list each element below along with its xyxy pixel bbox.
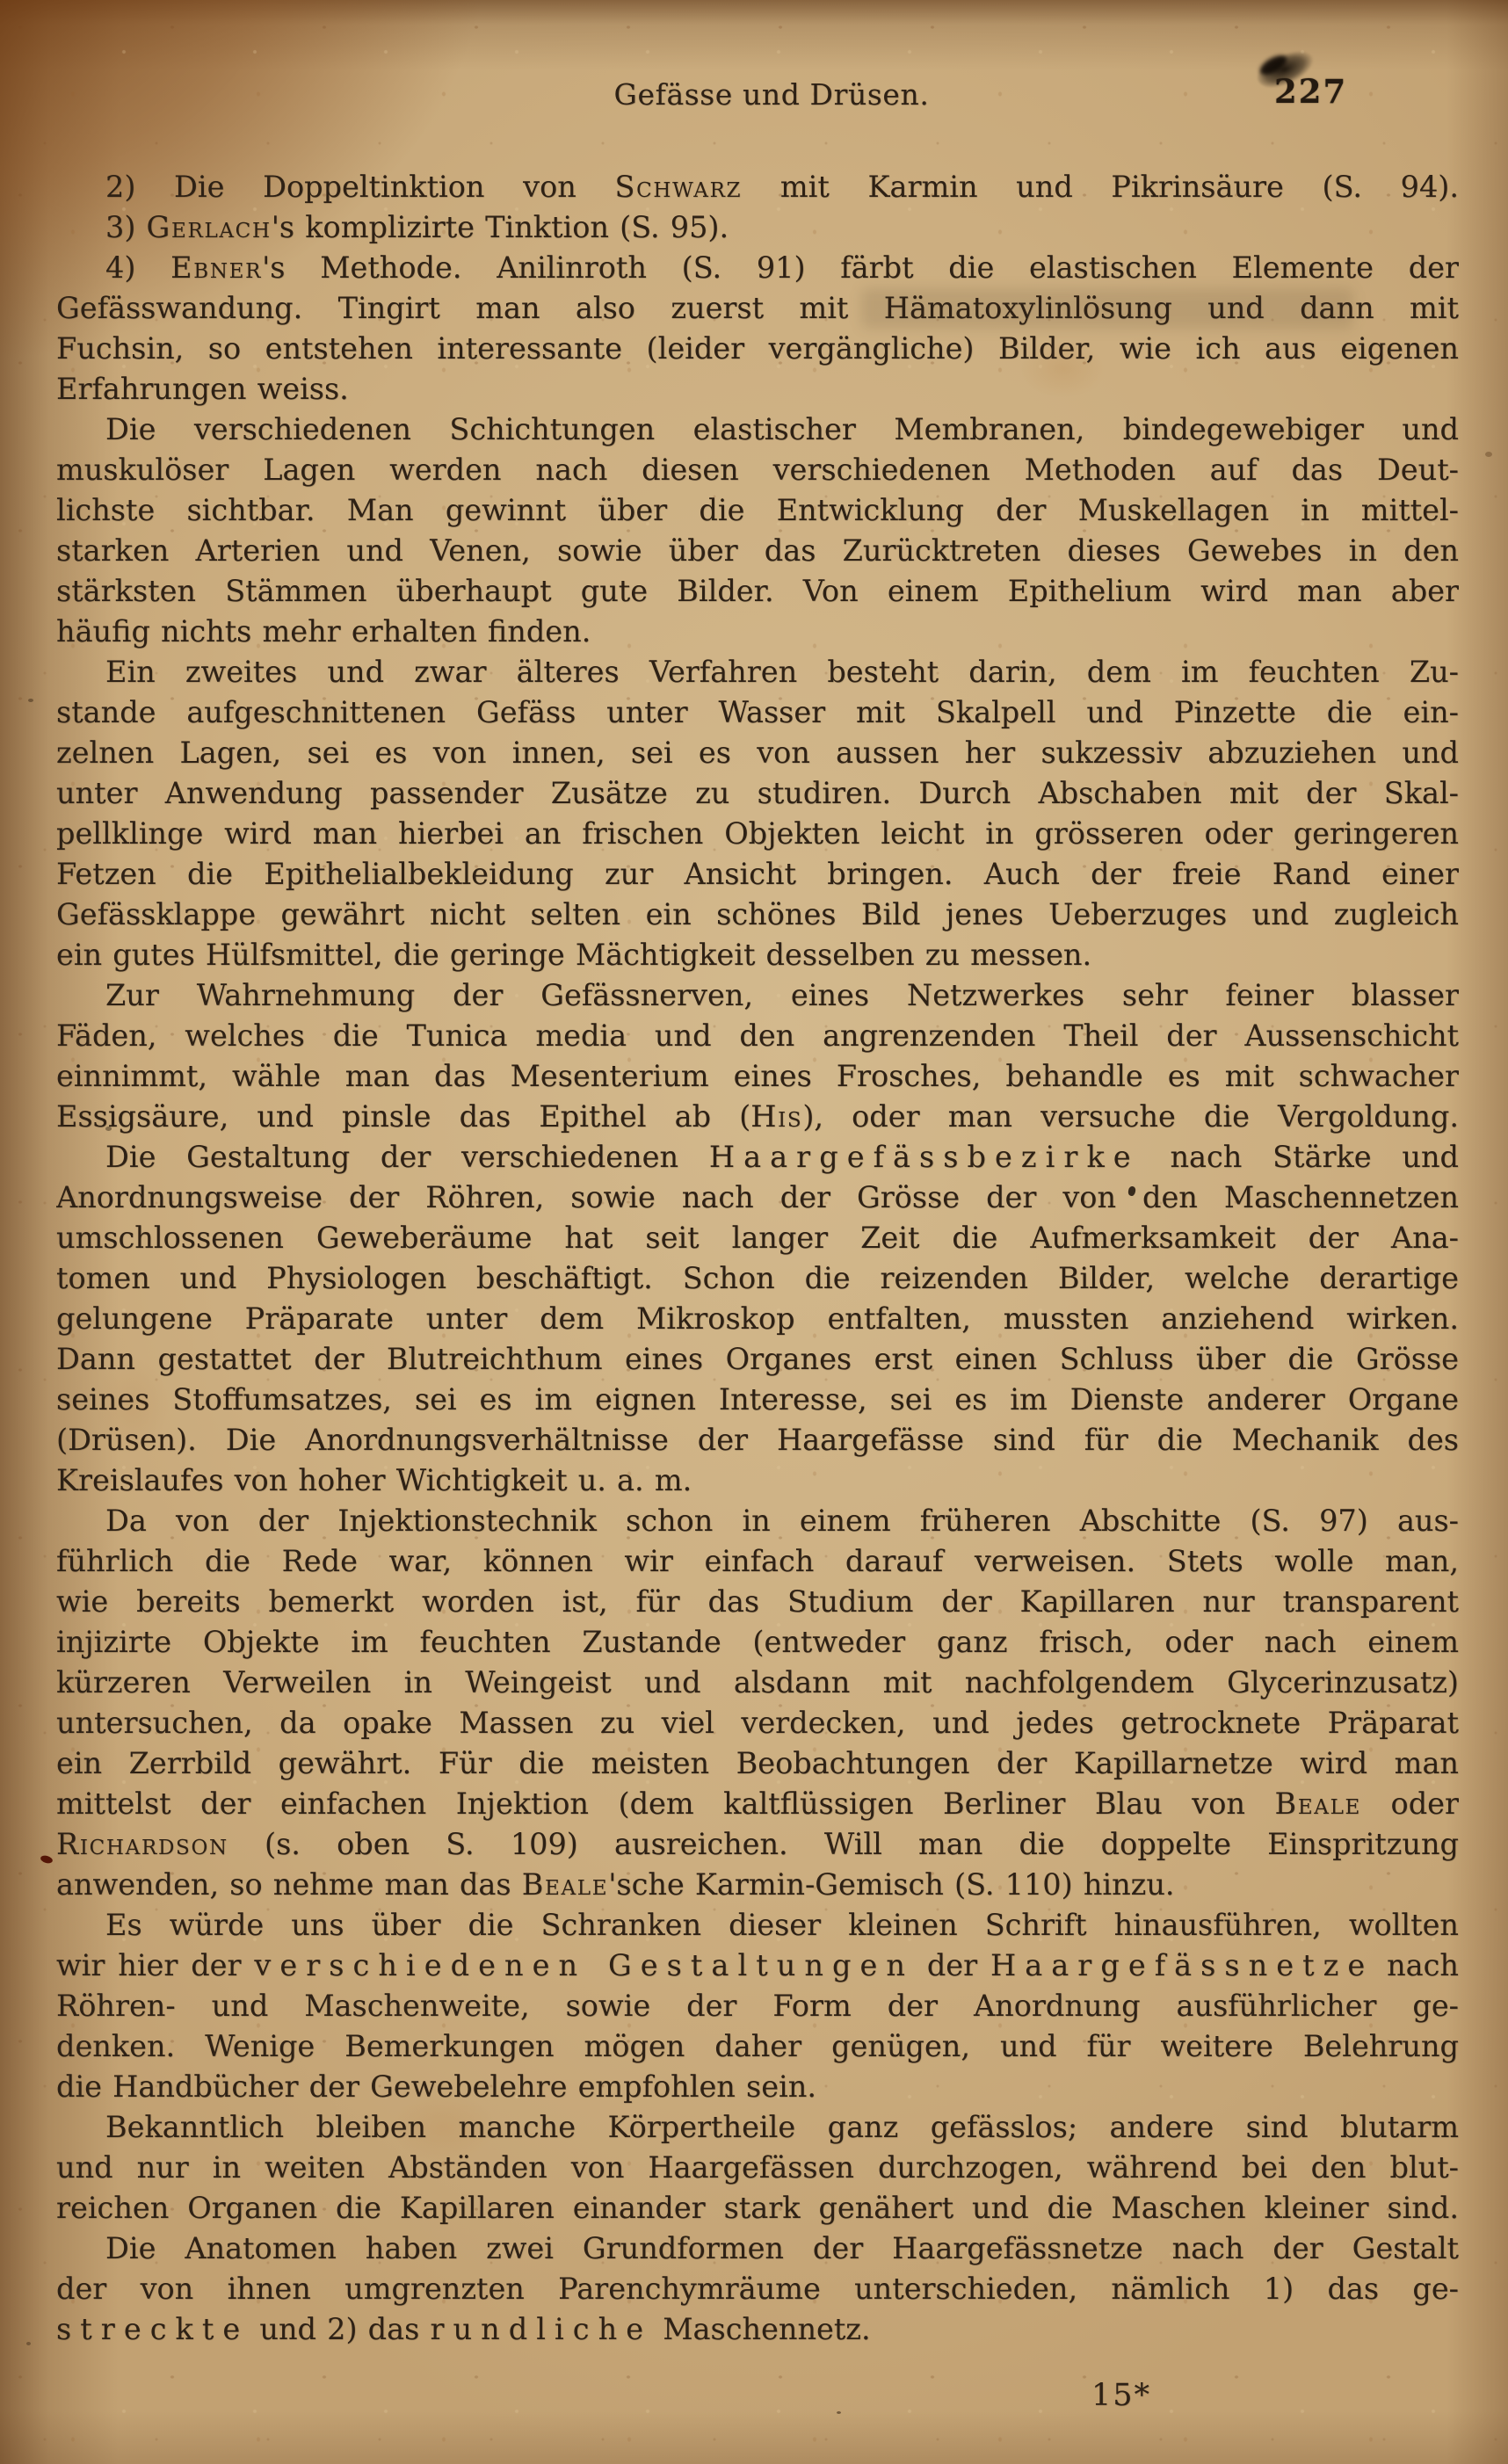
text-segment: (Drüsen). Die Anordnungsverhältnisse der… — [56, 1423, 1459, 1457]
text-segment: 2) Die Doppeltinktion von — [105, 170, 614, 204]
text-line: unter Anwendung passender Zusätze zu stu… — [56, 773, 1459, 814]
text-line: häufig nichts mehr erhalten finden. — [56, 612, 1459, 652]
text-segment: stärksten Stämmen überhaupt gute Bilder.… — [56, 574, 1459, 608]
text-line: und nur in weiten Abständen von Haargefä… — [56, 2148, 1459, 2188]
text-line: Bekanntlich bleiben manche Körpertheile … — [56, 2107, 1459, 2148]
text-segment: Fetzen die Epithelialbekleidung zur Ansi… — [56, 857, 1459, 891]
text-segment: Maschennetz. — [652, 2312, 871, 2346]
text-segment: ein Zerrbild gewährt. Für die meisten Be… — [56, 1746, 1459, 1780]
text-segment: 's komplizirte Tinktion (S. 95). — [272, 210, 729, 244]
page-number: 227 — [1274, 72, 1347, 111]
text-segment: oder — [1361, 1786, 1459, 1821]
text-segment: Gerlach — [147, 210, 272, 244]
text-segment: tomen und Physiologen beschäftigt. Schon… — [56, 1261, 1459, 1295]
text-segment: Es würde uns über die Schranken dieser k… — [105, 1908, 1459, 1942]
text-line: anwenden, so nehme man das Beale'sche Ka… — [56, 1865, 1459, 1905]
text-segment: nach — [1374, 1948, 1459, 1982]
text-segment: Dann gestattet der Blutreichthum eines O… — [56, 1342, 1459, 1376]
text-line: wir hier der verschiedenen Gestaltungen … — [56, 1946, 1459, 1986]
text-line: Essigsäure, und pinsle das Epithel ab (H… — [56, 1097, 1459, 1137]
text-line: die Handbücher der Gewebelehre empfohlen… — [56, 2067, 1459, 2107]
text-segment: Gefässwandung. Tingirt man also zuerst m… — [56, 291, 1459, 325]
text-line: 2) Die Doppeltinktion von Schwarz mit Ka… — [56, 167, 1459, 207]
text-segment: Kreislaufes von hoher Wichtigkeit u. a. … — [56, 1463, 692, 1497]
text-line: umschlossenen Geweberäume hat seit lange… — [56, 1218, 1459, 1258]
ink-speck — [40, 1854, 54, 1865]
text-line: untersuchen, da opake Massen zu viel ver… — [56, 1703, 1459, 1743]
text-line: Zur Wahrnehmung der Gefässnerven, eines … — [56, 975, 1459, 1016]
text-segment: Die Gestaltung der verschiedenen — [105, 1140, 709, 1174]
text-segment: Die Anatomen haben zwei Grundformen der … — [105, 2231, 1459, 2265]
text-segment: 3) — [105, 210, 147, 244]
book-page-scan: Gefässe und Drüsen. 227 2) Die Doppeltin… — [0, 0, 1508, 2464]
signature-mark: 15* — [1091, 2378, 1151, 2413]
text-segment: kürzeren Verweilen in Weingeist und alsd… — [56, 1665, 1459, 1699]
text-segment: führlich die Rede war, können wir einfac… — [56, 1544, 1459, 1578]
text-segment: die Handbücher der Gewebelehre empfohlen… — [56, 2069, 816, 2104]
text-line: Röhren- und Maschenweite, sowie der Form… — [56, 1986, 1459, 2026]
text-segment: seines Stoffumsatzes, sei es im eignen I… — [56, 1382, 1459, 1417]
text-segment: mit Karmin und Pikrinsäure (S. 94). — [742, 170, 1459, 204]
text-segment: gelungene Präparate unter dem Mikroskop … — [56, 1301, 1459, 1336]
text-segment: ein gutes Hülfsmittel, die geringe Mächt… — [56, 938, 1091, 972]
text-line: muskulöser Lagen werden nach diesen vers… — [56, 450, 1459, 490]
text-line: wie bereits bemerkt worden ist, für das … — [56, 1582, 1459, 1622]
text-line: starken Arterien und Venen, sowie über d… — [56, 531, 1459, 571]
text-segment: starken Arterien und Venen, sowie über d… — [56, 533, 1459, 568]
text-segment: Beale — [1275, 1786, 1361, 1821]
text-line: seines Stoffumsatzes, sei es im eignen I… — [56, 1380, 1459, 1420]
text-line: Ein zweites und zwar älteres Verfahren b… — [56, 652, 1459, 692]
text-segment: muskulöser Lagen werden nach diesen vers… — [56, 453, 1459, 487]
text-segment: Röhren- und Maschenweite, sowie der Form… — [56, 1989, 1459, 2023]
text-segment: der von ihnen umgrenzten Parenchymräume … — [56, 2272, 1459, 2306]
text-line: reichen Organen die Kapillaren einander … — [56, 2188, 1459, 2228]
text-line: stande aufgeschnittenen Gefäss unter Was… — [56, 692, 1459, 733]
text-line: (Drüsen). Die Anordnungsverhältnisse der… — [56, 1420, 1459, 1460]
text-line: Es würde uns über die Schranken dieser k… — [56, 1905, 1459, 1946]
text-segment: Essigsäure, und pinsle das Epithel ab ( — [56, 1099, 750, 1134]
text-line: denken. Wenige Bemerkungen mögen daher g… — [56, 2026, 1459, 2067]
text-segment: Die verschiedenen Schichtungen elastisch… — [105, 412, 1459, 446]
text-line: Richardson (s. oben S. 109) ausreichen. … — [56, 1824, 1459, 1865]
text-segment: Haargefässnetze — [990, 1948, 1374, 1982]
text-segment: reichen Organen die Kapillaren einander … — [56, 2191, 1459, 2225]
text-line: stärksten Stämmen überhaupt gute Bilder.… — [56, 571, 1459, 612]
text-line: gelungene Präparate unter dem Mikroskop … — [56, 1299, 1459, 1339]
text-segment: unter Anwendung passender Zusätze zu stu… — [56, 776, 1459, 810]
text-segment: 'sche Karmin-Gemisch (S. 110) hinzu. — [608, 1867, 1174, 1902]
text-segment: Fuchsin, so entstehen interessante (leid… — [56, 331, 1459, 366]
text-segment: Gefässklappe gewährt nicht selten ein sc… — [56, 897, 1459, 931]
text-segment: lichste sichtbar. Man gewinnt über die E… — [56, 493, 1459, 527]
text-segment: Richardson — [56, 1827, 228, 1861]
text-segment: Fäden, welches die Tunica media und den … — [56, 1018, 1459, 1053]
text-line: Fäden, welches die Tunica media und den … — [56, 1016, 1459, 1056]
text-line: 3) Gerlach's komplizirte Tinktion (S. 95… — [56, 207, 1459, 248]
text-segment: anwenden, so nehme man das — [56, 1867, 522, 1902]
text-segment: 's Methode. Anilinroth (S. 91) färbt die… — [262, 250, 1459, 285]
text-line: Da von der Injektionstechnik schon in ei… — [56, 1501, 1459, 1541]
text-line: Anordnungsweise der Röhren, sowie nach d… — [56, 1178, 1459, 1218]
text-segment: nach Stärke und — [1140, 1140, 1459, 1174]
ink-speck — [28, 699, 33, 702]
text-segment: Da von der Injektionstechnik schon in ei… — [105, 1504, 1459, 1538]
text-segment: Beale — [522, 1867, 608, 1902]
text-segment: Erfahrungen weiss. — [56, 372, 349, 406]
text-segment: und 2) das — [249, 2312, 430, 2346]
text-line: Gefässklappe gewährt nicht selten ein sc… — [56, 895, 1459, 935]
text-segment: untersuchen, da opake Massen zu viel ver… — [56, 1706, 1459, 1740]
text-segment: denken. Wenige Bemerkungen mögen daher g… — [56, 2029, 1459, 2063]
text-line: der von ihnen umgrenzten Parenchymräume … — [56, 2269, 1459, 2309]
text-line: einnimmt, wähle man das Mesenterium eine… — [56, 1056, 1459, 1097]
text-line: Fuchsin, so entstehen interessante (leid… — [56, 329, 1459, 369]
text-segment: mittelst der einfachen Injektion (dem ka… — [56, 1786, 1275, 1821]
ink-speck — [837, 2411, 841, 2414]
text-line: ein Zerrbild gewährt. Für die meisten Be… — [56, 1743, 1459, 1784]
text-segment: 4) — [105, 250, 170, 285]
text-line: injizirte Objekte im feuchten Zustande (… — [56, 1622, 1459, 1663]
text-line: Die Gestaltung der verschiedenen Haargef… — [56, 1137, 1459, 1178]
text-segment: wir hier der — [56, 1948, 254, 1982]
text-line: kürzeren Verweilen in Weingeist und alsd… — [56, 1663, 1459, 1703]
text-segment: injizirte Objekte im feuchten Zustande (… — [56, 1625, 1459, 1659]
ink-speck — [26, 2342, 31, 2345]
text-line: Die Anatomen haben zwei Grundformen der … — [56, 2228, 1459, 2269]
text-line: 4) Ebner's Methode. Anilinroth (S. 91) f… — [56, 248, 1459, 288]
ink-speck — [1485, 452, 1492, 457]
text-line: Die verschiedenen Schichtungen elastisch… — [56, 409, 1459, 450]
text-line: Gefässwandung. Tingirt man also zuerst m… — [56, 288, 1459, 329]
text-segment: Ebner — [170, 250, 262, 285]
text-segment: Schwarz — [614, 170, 742, 204]
text-segment: Haargefässbezirke — [709, 1140, 1140, 1174]
text-segment: His — [750, 1099, 802, 1134]
text-segment: häufig nichts mehr erhalten finden. — [56, 614, 591, 649]
text-segment: ), oder man versuche die Vergoldung. — [802, 1099, 1459, 1134]
text-line: Kreislaufes von hoher Wichtigkeit u. a. … — [56, 1460, 1459, 1501]
text-segment: einnimmt, wähle man das Mesenterium eine… — [56, 1059, 1459, 1093]
text-line: Erfahrungen weiss. — [56, 369, 1459, 409]
text-line: ein gutes Hülfsmittel, die geringe Mächt… — [56, 935, 1459, 975]
text-line: lichste sichtbar. Man gewinnt über die E… — [56, 490, 1459, 531]
text-segment: streckte — [56, 2312, 249, 2346]
text-segment: Anordnungsweise der Röhren, sowie nach d… — [56, 1180, 1459, 1214]
page-text: 2) Die Doppeltinktion von Schwarz mit Ka… — [56, 167, 1459, 2350]
text-line: Dann gestattet der Blutreichthum eines O… — [56, 1339, 1459, 1380]
text-line: mittelst der einfachen Injektion (dem ka… — [56, 1784, 1459, 1824]
text-segment: stande aufgeschnittenen Gefäss unter Was… — [56, 695, 1459, 729]
text-segment: und nur in weiten Abständen von Haargefä… — [56, 2150, 1459, 2185]
text-segment: rundliche — [430, 2312, 652, 2346]
text-line: pellklinge wird man hierbei an frischen … — [56, 814, 1459, 854]
text-segment: Ein zweites und zwar älteres Verfahren b… — [105, 655, 1459, 689]
text-line: Fetzen die Epithelialbekleidung zur Ansi… — [56, 854, 1459, 895]
text-line: führlich die Rede war, können wir einfac… — [56, 1541, 1459, 1582]
text-segment: umschlossenen Geweberäume hat seit lange… — [56, 1221, 1459, 1255]
text-segment: zelnen Lagen, sei es von innen, sei es v… — [56, 736, 1459, 770]
text-segment: pellklinge wird man hierbei an frischen … — [56, 816, 1459, 851]
text-segment: Bekanntlich bleiben manche Körpertheile … — [105, 2110, 1459, 2144]
text-line: streckte und 2) das rundliche Maschennet… — [56, 2309, 1459, 2350]
text-segment: verschiedenen Gestaltungen — [254, 1948, 914, 1982]
text-line: tomen und Physiologen beschäftigt. Schon… — [56, 1258, 1459, 1299]
text-line: zelnen Lagen, sei es von innen, sei es v… — [56, 733, 1459, 773]
text-segment: (s. oben S. 109) ausreichen. Will man di… — [228, 1827, 1459, 1861]
text-segment: wie bereits bemerkt worden ist, für das … — [56, 1584, 1459, 1619]
text-segment: Zur Wahrnehmung der Gefässnerven, eines … — [105, 978, 1459, 1012]
text-segment: der — [914, 1948, 990, 1982]
